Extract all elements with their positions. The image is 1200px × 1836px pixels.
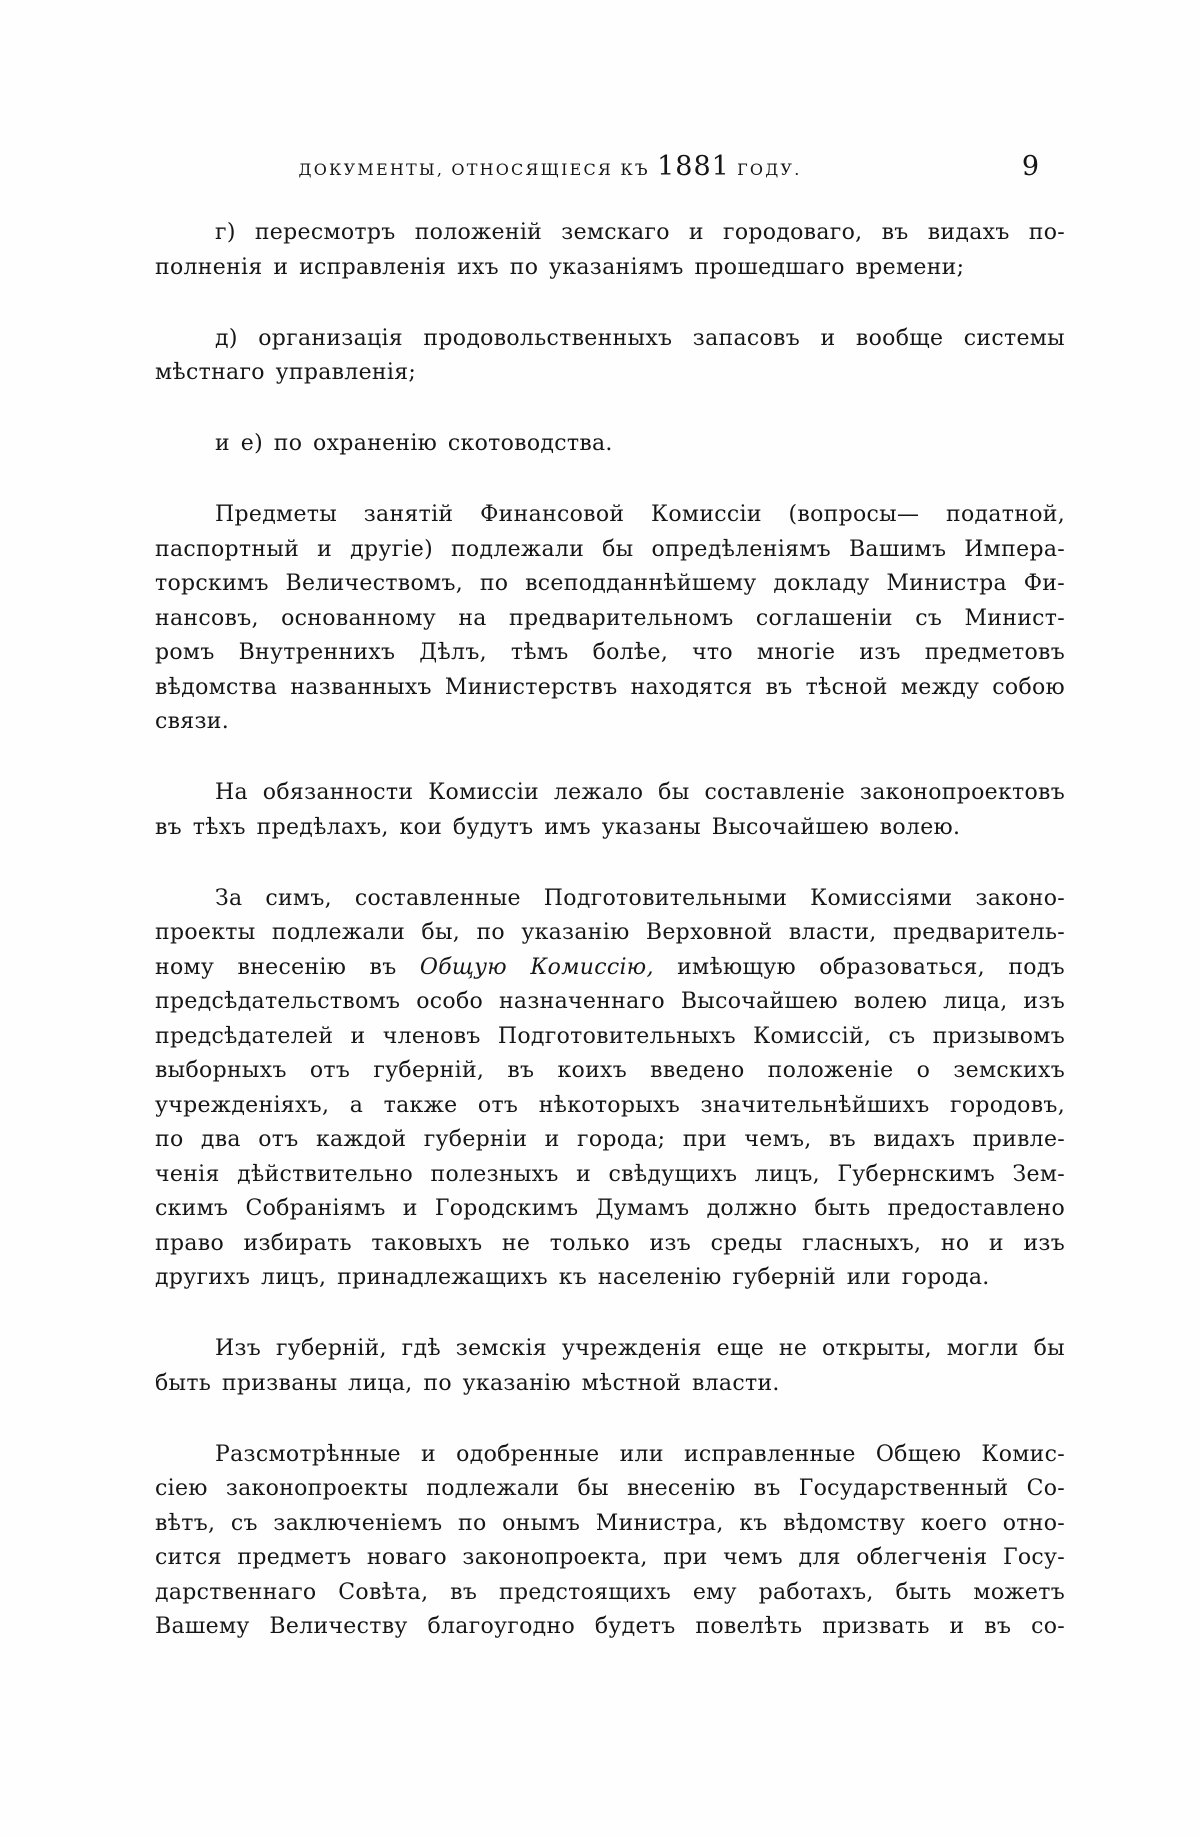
text-line: мѣстнаго управленія; [155,356,1065,391]
text-line: право избирать таковыхъ не только изъ ср… [155,1227,1065,1262]
paragraph: д) организація продовольственныхъ запасо… [155,322,1065,391]
italic-text-segment: Общую Комиссію, [420,955,654,980]
text-line: предсѣдательствомъ особо назначеннаго Вы… [155,985,1065,1020]
text-line: вѣдомства названныхъ Министерствъ находя… [155,671,1065,706]
text-line: На обязанности Комиссіи лежало бы состав… [155,776,1065,811]
text-line: д) организація продовольственныхъ запасо… [155,322,1065,357]
text-line: учрежденіяхъ, а также отъ нѣкоторыхъ зна… [155,1089,1065,1124]
book-page: ДОКУМЕНТЫ, ОТНОСЯЩІЕСЯ КЪ 1881 ГОДУ. 9 г… [0,0,1200,1836]
running-head-title: ДОКУМЕНТЫ, ОТНОСЯЩІЕСЯ КЪ 1881 ГОДУ. [155,146,945,191]
text-line: нансовъ, основанному на предварительномъ… [155,602,1065,637]
text-line: Вашему Величеству благоугодно будетъ пов… [155,1610,1065,1645]
text-line: ромъ Внутреннихъ Дѣлъ, тѣмъ болѣе, что м… [155,636,1065,671]
text-block: г) пересмотръ положеній земскаго и город… [155,216,1065,1645]
text-line: предсѣдателей и членовъ Подготовительных… [155,1020,1065,1055]
text-segment: ному внесенію въ [155,955,420,980]
running-head-title-pre: ДОКУМЕНТЫ, ОТНОСЯЩІЕСЯ КЪ [299,160,658,179]
paragraph: Разсмотрѣнные и одобренные или исправлен… [155,1438,1065,1645]
paragraph: Предметы занятій Финансовой Комиссіи (во… [155,498,1065,740]
paragraph: За симъ, составленные Подготовительными … [155,882,1065,1296]
text-line: полненія и исправленія ихъ по указаніямъ… [155,251,1065,286]
text-line: проекты подлежали бы, по указанію Верхов… [155,916,1065,951]
paragraph: г) пересмотръ положеній земскаго и город… [155,216,1065,285]
text-line: по два отъ каждой губерніи и города; при… [155,1123,1065,1158]
text-line: За симъ, составленные Подготовительными … [155,882,1065,917]
running-head-title-post: ГОДУ. [730,160,802,179]
text-line: скимъ Собраніямъ и Городскимъ Думамъ дол… [155,1192,1065,1227]
text-line: вѣтъ, съ заключеніемъ по онымъ Министра,… [155,1507,1065,1542]
text-line: Разсмотрѣнные и одобренные или исправлен… [155,1438,1065,1473]
paragraph: На обязанности Комиссіи лежало бы состав… [155,776,1065,845]
text-line: другихъ лицъ, принадлежащихъ къ населені… [155,1261,1065,1296]
text-segment: имѣющую образоваться, подъ [654,955,1065,980]
running-head: ДОКУМЕНТЫ, ОТНОСЯЩІЕСЯ КЪ 1881 ГОДУ. 9 [155,146,1065,188]
text-line: Предметы занятій Финансовой Комиссіи (во… [155,498,1065,533]
paragraph: и е) по охраненію скотоводства. [155,427,1065,462]
text-line: паспортный и другіе) подлежали бы опредѣ… [155,533,1065,568]
text-line: сится предметъ новаго законопроекта, при… [155,1541,1065,1576]
text-line: дарственнаго Совѣта, въ предстоящихъ ему… [155,1576,1065,1611]
text-line: сіею законопроекты подлежали бы внесенію… [155,1472,1065,1507]
page-number: 9 [1022,146,1039,188]
text-line: быть призваны лица, по указанію мѣстной … [155,1367,1065,1402]
text-line: и е) по охраненію скотоводства. [155,427,1065,462]
text-line: въ тѣхъ предѣлахъ, кои будутъ имъ указан… [155,811,1065,846]
text-line: ному внесенію въ Общую Комиссію, имѣющую… [155,951,1065,986]
running-head-year: 1881 [657,151,730,182]
text-line: ченія дѣйствительно полезныхъ и свѣдущих… [155,1158,1065,1193]
text-line: выборныхъ отъ губерній, въ коихъ введено… [155,1054,1065,1089]
text-line: Изъ губерній, гдѣ земскія учрежденія еще… [155,1332,1065,1367]
text-line: торскимъ Величествомъ, по всеподданнѣйше… [155,567,1065,602]
text-line: связи. [155,705,1065,740]
text-line: г) пересмотръ положеній земскаго и город… [155,216,1065,251]
paragraph: Изъ губерній, гдѣ земскія учрежденія еще… [155,1332,1065,1401]
